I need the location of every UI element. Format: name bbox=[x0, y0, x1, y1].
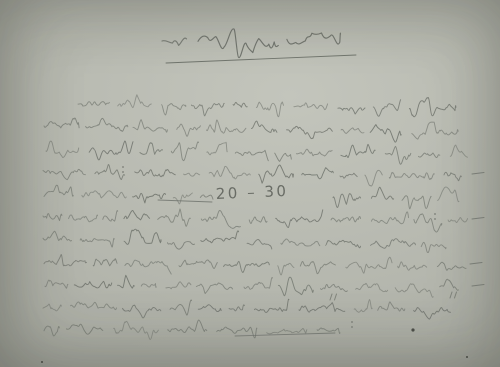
handwriting-stroke bbox=[103, 211, 118, 222]
handwriting-stroke bbox=[317, 328, 340, 333]
paper-speck bbox=[411, 328, 414, 331]
handwriting-stroke bbox=[162, 38, 187, 45]
handwriting-stroke bbox=[437, 262, 466, 270]
handwriting-stroke bbox=[267, 328, 307, 333]
handwriting-stroke bbox=[201, 231, 239, 243]
armenian-full-stop-mark bbox=[351, 321, 353, 323]
handwriting-stroke bbox=[421, 242, 446, 252]
handwriting-stroke bbox=[44, 326, 59, 336]
numeric-range-text: 20 – 30 bbox=[215, 182, 288, 203]
handwriting-stroke bbox=[170, 300, 192, 315]
handwriting-stroke bbox=[233, 102, 247, 107]
handwriting-stroke bbox=[125, 260, 171, 274]
handwriting-stroke bbox=[278, 277, 313, 296]
handwriting-stroke bbox=[166, 55, 356, 63]
handwriting-stroke bbox=[448, 218, 468, 223]
handwriting-stroke bbox=[43, 231, 72, 241]
handwriting-stroke bbox=[341, 144, 375, 157]
handwriting-stroke bbox=[198, 29, 278, 58]
handwriting-stroke bbox=[330, 294, 332, 300]
handwriting-stroke bbox=[43, 214, 62, 221]
handwriting-stroke bbox=[294, 103, 328, 110]
handwriting-stroke bbox=[162, 104, 186, 115]
handwriting-stroke bbox=[321, 284, 348, 291]
handwriting-stroke bbox=[331, 217, 361, 222]
handwriting-stroke bbox=[118, 95, 152, 108]
handwriting-stroke bbox=[166, 282, 191, 289]
handwriting-stroke bbox=[179, 260, 217, 268]
handwriting-stroke bbox=[177, 124, 201, 136]
handwriting-stroke bbox=[356, 283, 388, 291]
handwriting-stroke bbox=[255, 299, 289, 312]
paper-speck bbox=[41, 361, 43, 363]
handwriting-stroke bbox=[82, 191, 126, 198]
handwriting-stroke bbox=[252, 121, 277, 132]
handwriting-stroke bbox=[354, 300, 372, 313]
handwriting-stroke bbox=[69, 215, 98, 222]
handwriting-stroke bbox=[141, 284, 156, 288]
handwriting-stroke bbox=[402, 196, 431, 209]
handwriting-stroke bbox=[338, 108, 365, 114]
handwriting-stroke bbox=[287, 126, 333, 138]
handwriting-stroke bbox=[472, 285, 484, 287]
handwriting-stroke bbox=[335, 294, 337, 300]
handwriting-stroke bbox=[43, 169, 85, 179]
handwriting-stroke bbox=[472, 218, 484, 220]
handwriting-stroke bbox=[168, 320, 207, 333]
handwriting-stroke bbox=[244, 277, 273, 289]
handwriting-stroke bbox=[259, 165, 294, 183]
armenian-full-stop-mark bbox=[122, 171, 124, 173]
armenian-full-stop-mark bbox=[434, 218, 436, 220]
handwriting-stroke bbox=[235, 333, 335, 336]
handwriting-stroke bbox=[171, 142, 198, 161]
handwriting-stroke bbox=[414, 214, 442, 232]
paper-speck bbox=[466, 356, 468, 358]
handwriting-stroke bbox=[365, 170, 382, 186]
handwriting-stroke bbox=[158, 200, 212, 202]
handwriting-stroke bbox=[372, 212, 409, 224]
handwriting-stroke bbox=[44, 255, 87, 266]
handwriting-stroke bbox=[140, 143, 163, 155]
handwriting-stroke bbox=[196, 283, 232, 293]
handwriting-stroke bbox=[118, 275, 135, 288]
handwriting-stroke bbox=[124, 211, 150, 220]
handwriting-stroke bbox=[123, 305, 161, 318]
handwriting-stroke bbox=[419, 153, 440, 157]
handwriting-stroke bbox=[173, 193, 192, 204]
handwriting-stroke bbox=[409, 98, 456, 117]
handwriting-stroke bbox=[78, 102, 109, 106]
handwriting-ink-layer: 20 – 30 bbox=[0, 0, 500, 367]
handwriting-stroke bbox=[346, 257, 392, 273]
handwriting-stroke bbox=[66, 324, 102, 334]
handwriting-stroke bbox=[133, 193, 166, 203]
handwriting-stroke bbox=[93, 259, 117, 266]
handwriting-stroke bbox=[385, 146, 411, 164]
handwriting-stroke bbox=[472, 173, 484, 175]
handwriting-stroke bbox=[44, 118, 79, 128]
handwriting-stroke bbox=[207, 142, 227, 155]
handwriting-stroke bbox=[247, 239, 272, 249]
handwriting-stroke bbox=[395, 284, 433, 297]
handwriting-stroke bbox=[326, 240, 361, 247]
handwriting-stroke bbox=[249, 217, 267, 224]
handwriting-stroke bbox=[333, 194, 361, 208]
handwriting-stroke bbox=[74, 281, 112, 288]
handwriting-stroke bbox=[412, 122, 458, 139]
handwriting-stroke bbox=[191, 103, 224, 115]
manuscript-page: 20 – 30 bbox=[0, 0, 500, 367]
handwriting-stroke bbox=[450, 292, 452, 298]
handwriting-stroke bbox=[158, 209, 191, 226]
handwriting-stroke bbox=[444, 172, 461, 180]
handwriting-stroke bbox=[371, 187, 393, 199]
handwriting-stroke bbox=[207, 120, 246, 133]
handwriting-stroke bbox=[378, 302, 405, 311]
handwriting-stroke bbox=[389, 172, 434, 179]
handwriting-stroke bbox=[168, 241, 195, 249]
handwriting-stroke bbox=[455, 292, 457, 298]
handwriting-stroke bbox=[44, 185, 73, 196]
handwriting-stroke bbox=[198, 305, 221, 312]
handwriting-stroke bbox=[414, 308, 451, 320]
handwriting-stroke bbox=[276, 210, 323, 228]
armenian-full-stop-mark bbox=[434, 213, 436, 215]
handwriting-stroke bbox=[470, 263, 482, 265]
armenian-full-stop-mark bbox=[351, 326, 353, 328]
handwriting-stroke bbox=[275, 153, 292, 161]
handwriting-stroke bbox=[370, 125, 401, 143]
handwriting-stroke bbox=[300, 261, 335, 273]
handwriting-stroke bbox=[440, 279, 459, 290]
handwriting-stroke bbox=[371, 239, 416, 249]
handwriting-stroke bbox=[95, 165, 125, 180]
handwriting-stroke bbox=[256, 102, 283, 117]
handwriting-stroke bbox=[224, 261, 270, 272]
handwriting-stroke bbox=[135, 170, 176, 177]
handwriting-stroke bbox=[278, 263, 294, 275]
handwriting-stroke bbox=[340, 173, 357, 178]
handwriting-stroke bbox=[296, 149, 332, 156]
handwriting-stroke bbox=[341, 128, 364, 134]
handwriting-stroke bbox=[86, 118, 128, 131]
handwriting-stroke bbox=[80, 238, 114, 247]
handwriting-stroke bbox=[209, 166, 250, 179]
handwriting-stroke bbox=[299, 303, 345, 313]
handwriting-stroke bbox=[124, 229, 161, 244]
handwriting-stroke bbox=[235, 150, 268, 160]
handwriting-stroke bbox=[201, 210, 240, 228]
handwriting-stroke bbox=[46, 141, 79, 157]
handwriting-stroke bbox=[89, 141, 133, 160]
handwriting-stroke bbox=[287, 33, 341, 44]
handwriting-stroke bbox=[373, 100, 400, 117]
handwriting-stroke bbox=[229, 305, 244, 311]
handwriting-stroke bbox=[184, 173, 200, 176]
handwriting-stroke bbox=[438, 187, 459, 202]
handwriting-stroke bbox=[71, 302, 117, 310]
handwriting-stroke bbox=[398, 262, 427, 270]
handwriting-stroke bbox=[281, 239, 320, 246]
handwriting-stroke bbox=[43, 304, 61, 311]
handwriting-stroke bbox=[45, 280, 68, 288]
handwriting-stroke bbox=[114, 321, 159, 339]
handwriting-stroke bbox=[133, 120, 167, 133]
handwriting-stroke bbox=[302, 168, 334, 179]
handwriting-stroke bbox=[200, 195, 213, 199]
armenian-full-stop-mark bbox=[122, 166, 124, 168]
handwriting-stroke bbox=[450, 145, 467, 157]
